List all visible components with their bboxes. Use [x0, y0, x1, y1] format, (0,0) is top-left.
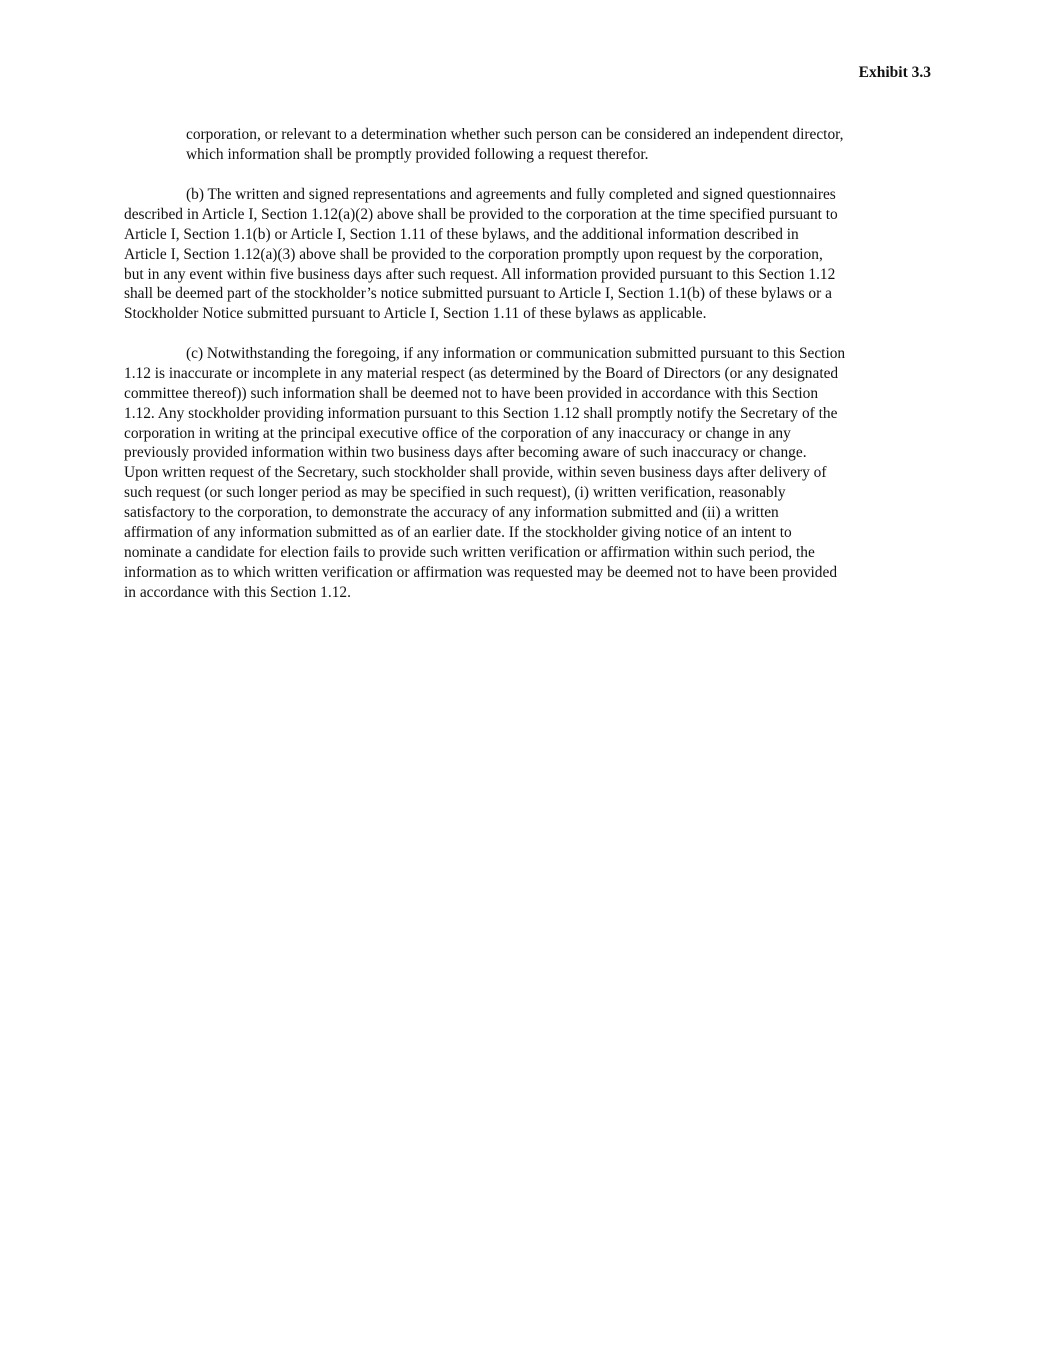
text-line: corporation in writing at the principal …	[124, 424, 934, 444]
text-line: Article I, Section 1.1(b) or Article I, …	[124, 225, 934, 245]
text-line: 1.12. Any stockholder providing informat…	[124, 404, 934, 424]
text-line: in accordance with this Section 1.12.	[124, 583, 934, 603]
text-line: but in any event within five business da…	[124, 265, 934, 285]
text-line: committee thereof)) such information sha…	[124, 384, 934, 404]
paragraph-b: (b) The written and signed representatio…	[124, 185, 934, 324]
text-line: satisfactory to the corporation, to demo…	[124, 503, 934, 523]
text-line: previously provided information within t…	[124, 443, 934, 463]
document-page: Exhibit 3.3 corporation, or relevant to …	[0, 0, 1055, 1365]
text-line: which information shall be promptly prov…	[186, 145, 936, 165]
text-line: Upon written request of the Secretary, s…	[124, 463, 934, 483]
continuation-paragraph: corporation, or relevant to a determinat…	[186, 125, 936, 165]
text-line: (c) Notwithstanding the foregoing, if an…	[124, 344, 934, 364]
text-line: such request (or such longer period as m…	[124, 483, 934, 503]
exhibit-label: Exhibit 3.3	[859, 64, 931, 82]
paragraph-c: (c) Notwithstanding the foregoing, if an…	[124, 344, 934, 603]
text-line: 1.12 is inaccurate or incomplete in any …	[124, 364, 934, 384]
text-line: Stockholder Notice submitted pursuant to…	[124, 304, 934, 324]
text-line: affirmation of any information submitted…	[124, 523, 934, 543]
text-line: information as to which written verifica…	[124, 563, 934, 583]
text-line: Article I, Section 1.12(a)(3) above shal…	[124, 245, 934, 265]
text-line: shall be deemed part of the stockholder’…	[124, 284, 934, 304]
text-line: described in Article I, Section 1.12(a)(…	[124, 205, 934, 225]
text-line: nominate a candidate for election fails …	[124, 543, 934, 563]
text-line: (b) The written and signed representatio…	[124, 185, 934, 205]
text-line: corporation, or relevant to a determinat…	[186, 125, 936, 145]
